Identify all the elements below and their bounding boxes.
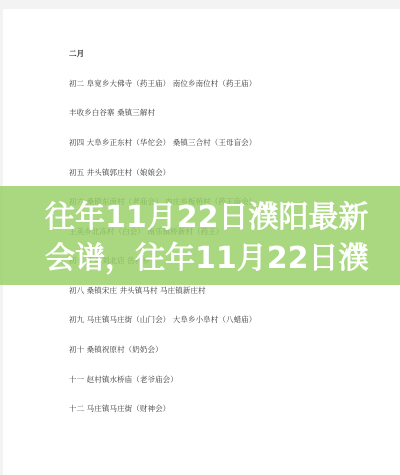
schedule-entry: 十一 赵村镇水桥庙（老爷庙会） (69, 374, 178, 385)
schedule-entry: 丰收乡白谷寨 桑镇三解村 (69, 107, 155, 118)
schedule-entry: 初二 阜宽乡大佛寺（药王庙） 南位乡南位村（药王庙） (69, 78, 256, 89)
schedule-entry: 初五 井头镇郭庄村（娘娘会） (69, 167, 170, 178)
month-heading: 二月 (69, 48, 84, 59)
schedule-entry: 初八 桑镇宋庄 井头镇马村 马庄镇新庄村 (69, 285, 206, 296)
schedule-entry: 初十 桑镇祝原村（奶奶会） (69, 344, 163, 355)
schedule-entry: 初九 马庄镇马庄街（山门会） 大阜乡小阜村（八蜡庙） (69, 314, 256, 325)
schedule-entry: 十二 马庄镇马庄街（财神会） (69, 403, 170, 414)
banner-title: 往年11月22日濮阳最新会谱，往年11月22日濮 (45, 197, 375, 281)
schedule-entry: 初四 大阜乡正东村（华佗会） 桑镇三合村（王母盲会） (69, 137, 256, 148)
